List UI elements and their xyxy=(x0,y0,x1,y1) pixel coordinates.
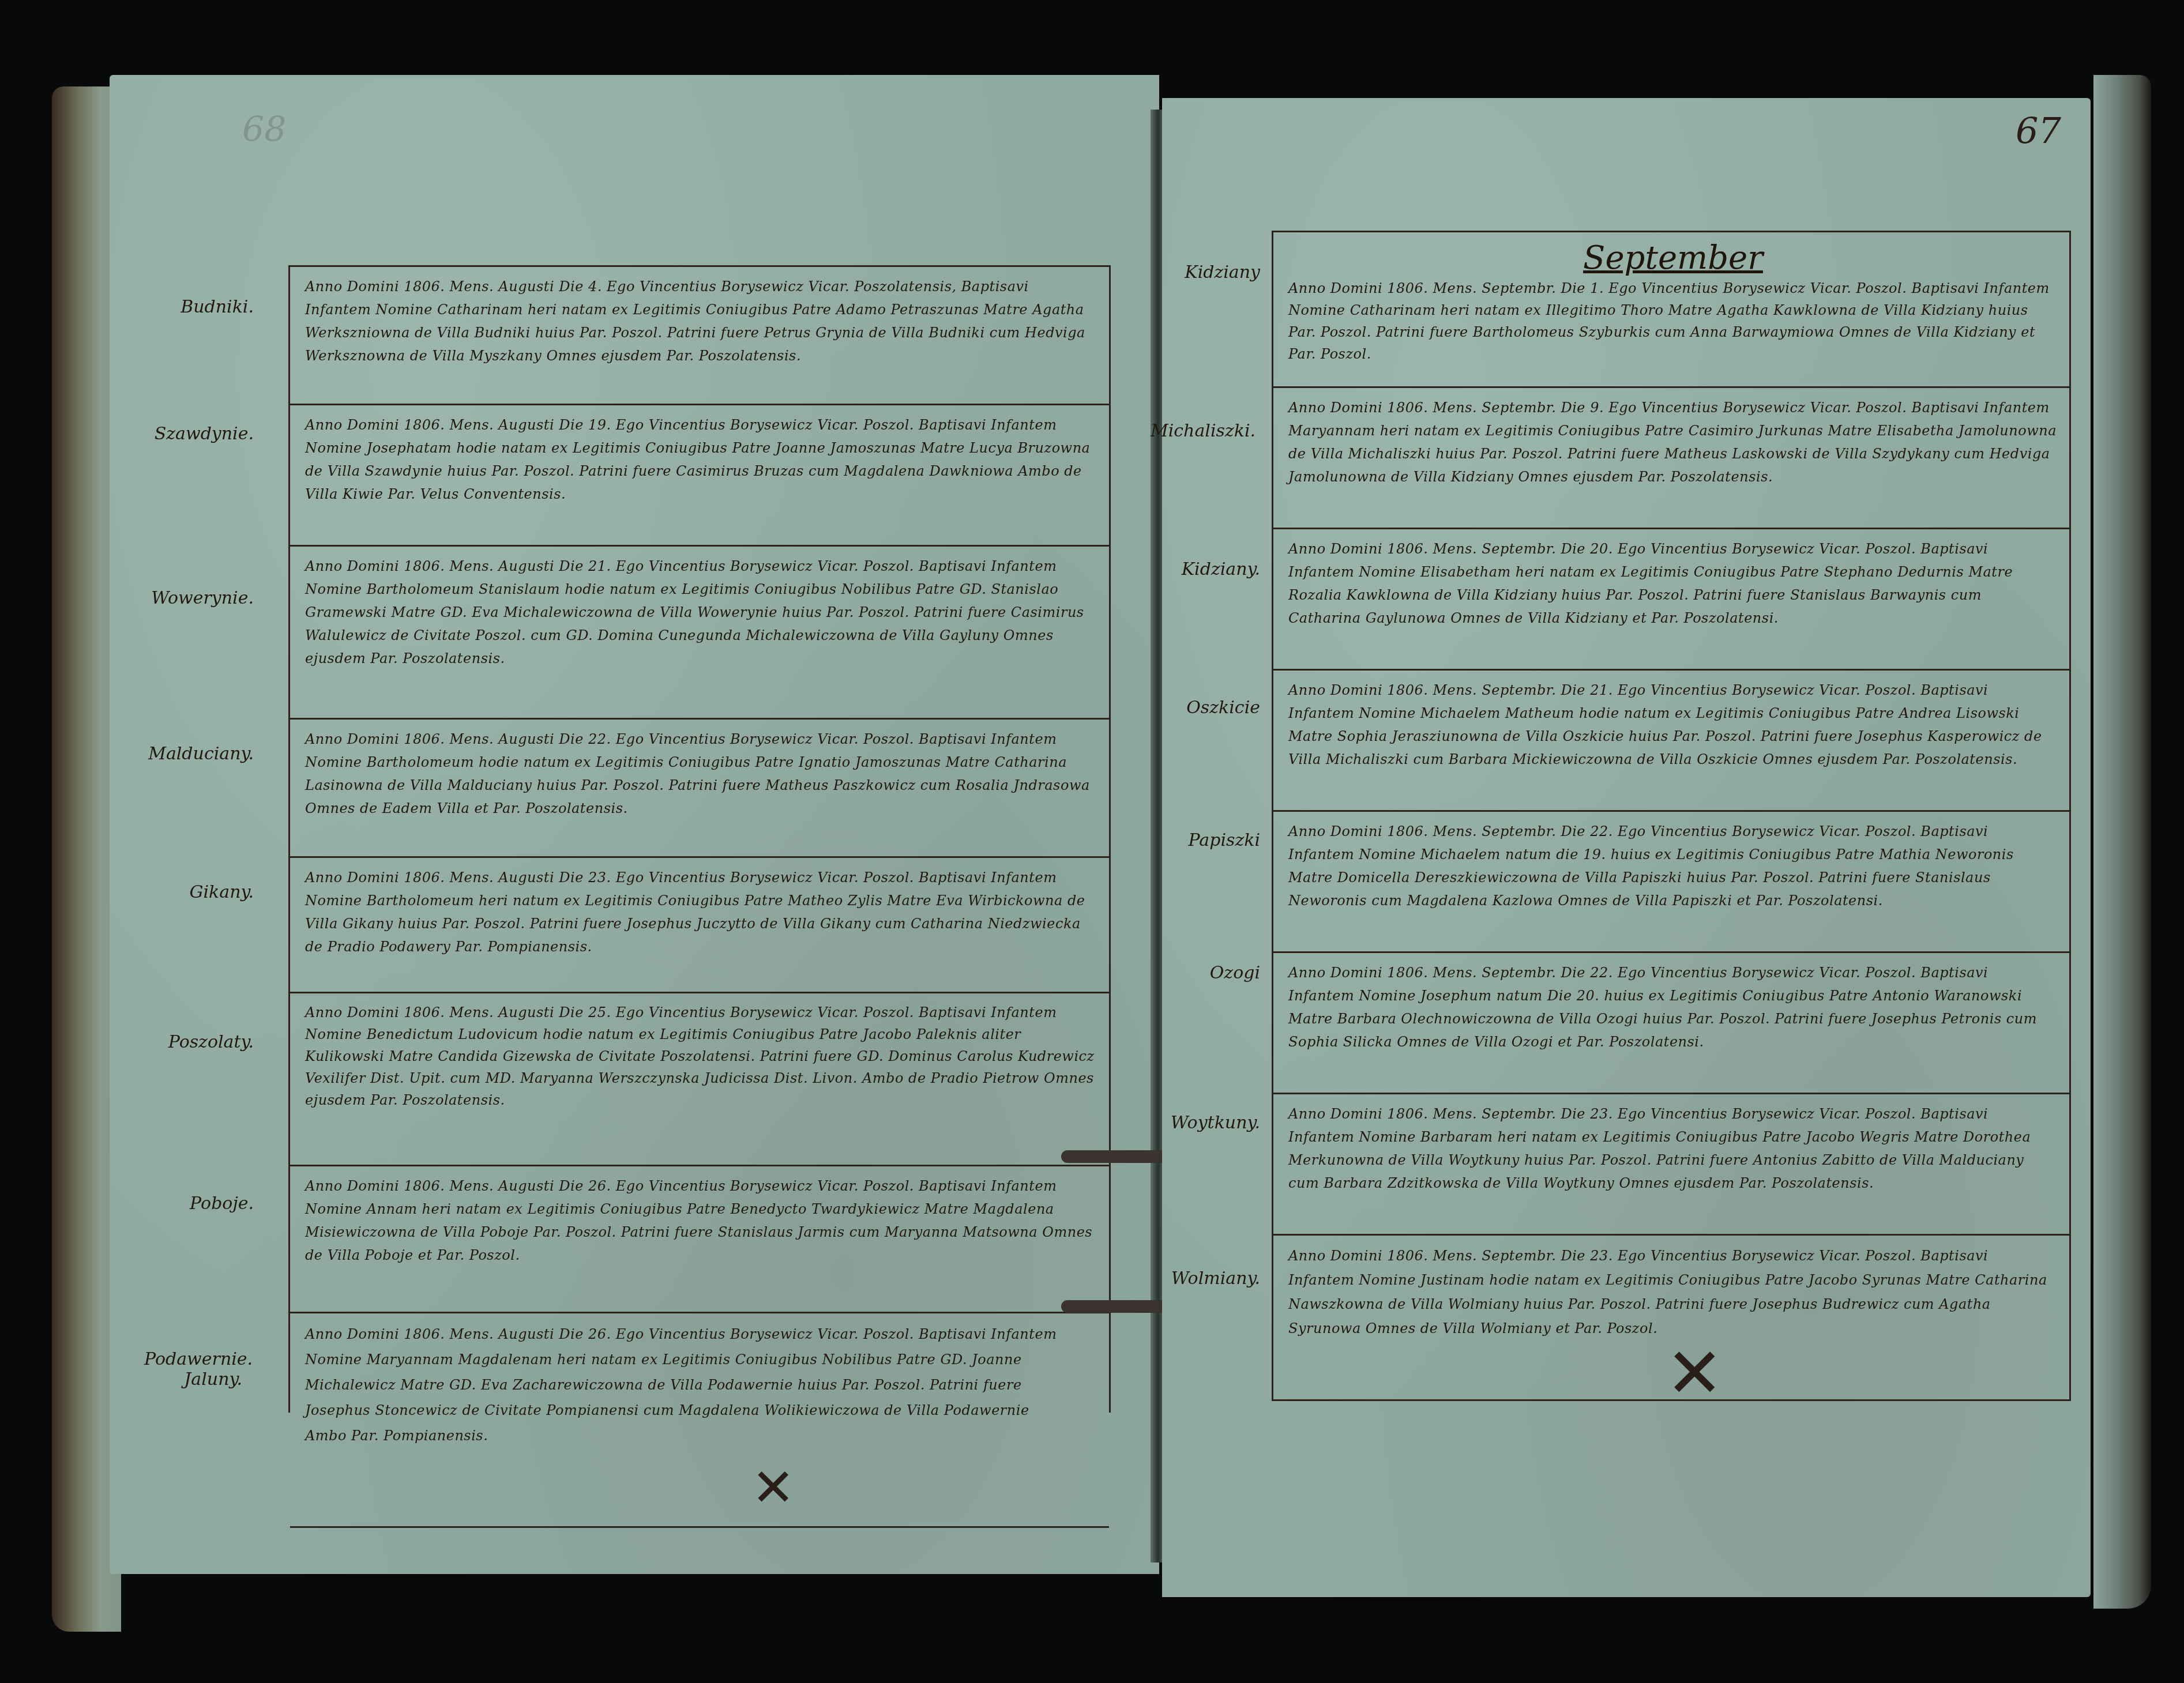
entry-text: Anno Domini 1806. Mens. Augusti Die 25. … xyxy=(305,1001,1097,1111)
book-edge-right xyxy=(2093,75,2151,1609)
baptism-entry: Anno Domini 1806. Mens. Septembr. Die 21… xyxy=(1273,669,2069,810)
entry-text: Anno Domini 1806. Mens. Septembr. Die 9.… xyxy=(1288,396,2058,488)
baptism-entry: Anno Domini 1806. Mens. Augusti Die 19. … xyxy=(290,404,1109,545)
baptism-entry: Anno Domini 1806. Mens. Augusti Die 4. E… xyxy=(290,265,1109,404)
entry-text: Anno Domini 1806. Mens. Septembr. Die 23… xyxy=(1288,1102,2058,1195)
entry-text: Anno Domini 1806. Mens. Augusti Die 22. … xyxy=(305,728,1097,820)
entry-text: Anno Domini 1806. Mens. Septembr. Die 21… xyxy=(1288,679,2058,771)
baptism-entry: Anno Domini 1806. Mens. Septembr. Die 23… xyxy=(1273,1234,2069,1401)
register-table: Anno Domini 1806. Mens. Augusti Die 4. E… xyxy=(288,265,1111,1413)
baptism-entry: Anno Domini 1806. Mens. Augusti Die 26. … xyxy=(290,1165,1109,1312)
entry-text: Anno Domini 1806. Mens. Septembr. Die 22… xyxy=(1288,961,2058,1053)
left-page: 68 Budniki. Szawdynie. Wowerynie. Malduc… xyxy=(110,75,1159,1574)
open-register-book: 68 Budniki. Szawdynie. Wowerynie. Malduc… xyxy=(52,52,2151,1632)
baptism-entry: Anno Domini 1806. Mens. Augusti Die 21. … xyxy=(290,545,1109,718)
faint-page-marking: 68 xyxy=(242,110,286,150)
register-table: September Anno Domini 1806. Mens. Septem… xyxy=(1272,231,2071,1401)
baptism-entry: Anno Domini 1806. Mens. Augusti Die 22. … xyxy=(290,718,1109,856)
baptism-entry: Anno Domini 1806. Mens. Augusti Die 26. … xyxy=(290,1312,1109,1528)
margin-village: Kidziany xyxy=(1151,262,1260,283)
margin-village: Poszolaty. xyxy=(144,1032,254,1052)
entry-text: Anno Domini 1806. Mens. Augusti Die 4. E… xyxy=(305,275,1097,367)
margin-village: Wowerynie. xyxy=(144,588,254,608)
entry-text: Anno Domini 1806. Mens. Septembr. Die 1.… xyxy=(1288,277,2058,365)
entry-text: Anno Domini 1806. Mens. Augusti Die 21. … xyxy=(305,555,1097,670)
margin-village: Oszkicie xyxy=(1151,698,1260,718)
baptism-entry: Anno Domini 1806. Mens. Septembr. Die 22… xyxy=(1273,951,2069,1093)
margin-village: Gikany. xyxy=(144,882,254,902)
entry-text: Anno Domini 1806. Mens. Augusti Die 23. … xyxy=(305,866,1097,958)
baptism-entry: Anno Domini 1806. Mens. Septembr. Die 23… xyxy=(1273,1093,2069,1234)
entry-text: Anno Domini 1806. Mens. Augusti Die 19. … xyxy=(305,413,1097,506)
margin-village: Papiszki xyxy=(1151,830,1260,850)
margin-village: Malduciany. xyxy=(144,744,254,764)
margin-village: Podawernie. Jaluny. xyxy=(144,1349,242,1390)
baptism-entry: Anno Domini 1806. Mens. Septembr. Die 9.… xyxy=(1273,386,2069,528)
margin-village: Michaliszki. xyxy=(1151,421,1254,441)
entry-text: Anno Domini 1806. Mens. Septembr. Die 20… xyxy=(1288,537,2058,630)
end-of-page-cross-mark: ✕ xyxy=(751,1458,795,1518)
page-number: 67 xyxy=(2016,110,2061,152)
margin-village: Szawdynie. xyxy=(144,424,254,444)
margin-village: Budniki. xyxy=(144,297,254,317)
margin-village: Ozogi xyxy=(1151,963,1260,983)
baptism-entry: Anno Domini 1806. Mens. Septembr. Die 20… xyxy=(1273,528,2069,669)
end-of-page-cross-mark: ✕ xyxy=(1666,1334,1724,1414)
baptism-entry: Anno Domini 1806. Mens. Augusti Die 23. … xyxy=(290,856,1109,992)
entry-text: Anno Domini 1806. Mens. Septembr. Die 23… xyxy=(1288,1244,2058,1341)
baptism-entry: Anno Domini 1806. Mens. Augusti Die 25. … xyxy=(290,992,1109,1165)
baptism-entry: September Anno Domini 1806. Mens. Septem… xyxy=(1273,231,2069,386)
margin-village: Kidziany. xyxy=(1151,559,1260,579)
right-page: 67 Kidziany Michaliszki. Kidziany. Oszki… xyxy=(1162,98,2091,1597)
month-heading: September xyxy=(1288,240,2058,276)
margin-village: Poboje. xyxy=(144,1193,254,1214)
baptism-entry: Anno Domini 1806. Mens. Septembr. Die 22… xyxy=(1273,810,2069,951)
margin-village: Wolmiany. xyxy=(1151,1268,1260,1289)
entry-text: Anno Domini 1806. Mens. Septembr. Die 22… xyxy=(1288,820,2058,912)
entry-text: Anno Domini 1806. Mens. Augusti Die 26. … xyxy=(305,1321,1097,1448)
entry-text: Anno Domini 1806. Mens. Augusti Die 26. … xyxy=(305,1174,1097,1267)
margin-village: Woytkuny. xyxy=(1151,1113,1260,1133)
